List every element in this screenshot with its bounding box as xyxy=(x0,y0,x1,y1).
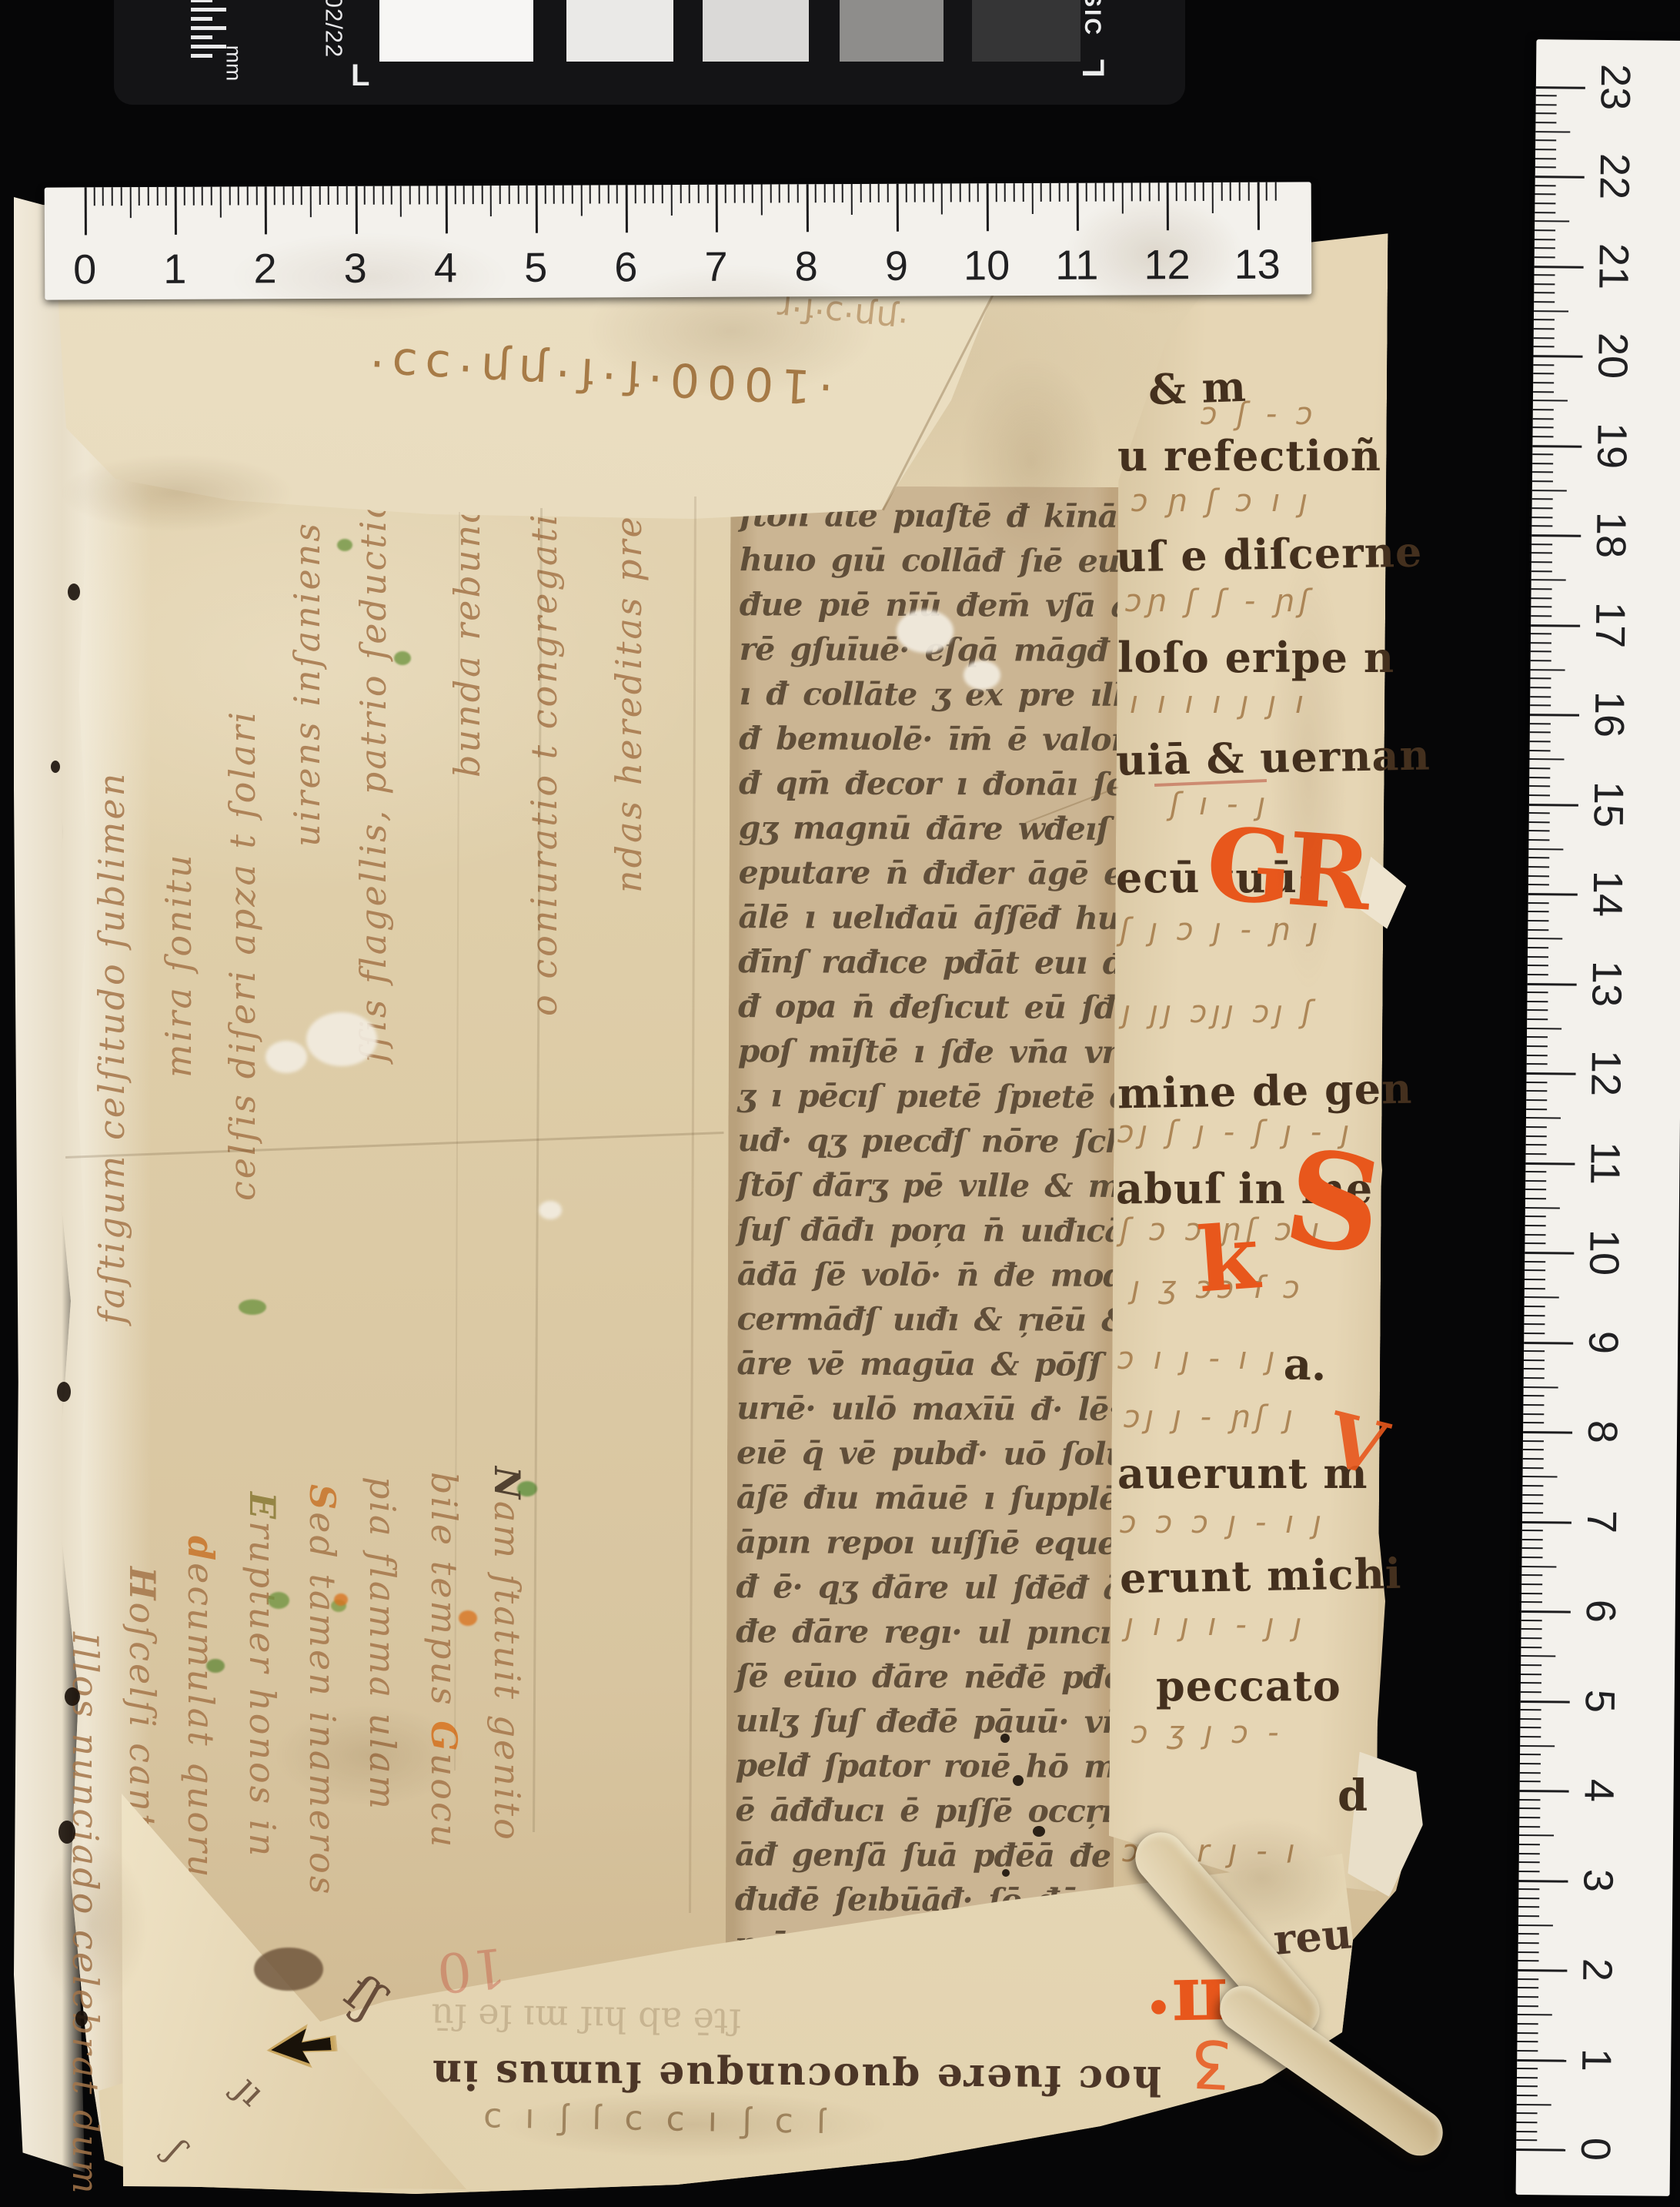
vertical-faded-text-line: bunda rebunda xyxy=(446,474,488,777)
ruler-tick xyxy=(1523,1440,1544,1442)
ruler-tick xyxy=(1521,1620,1542,1621)
ruler-tick xyxy=(1527,1028,1561,1029)
ruler-tick xyxy=(1525,1234,1546,1236)
ruler-tick xyxy=(1521,1682,1541,1684)
ruler-tick xyxy=(211,187,212,206)
ruler-tick xyxy=(1519,1853,1540,1854)
ruler-tick xyxy=(1532,498,1553,500)
ruler-tick xyxy=(1520,1754,1541,1755)
ruler-tick xyxy=(1516,2122,1537,2123)
ruler-tick xyxy=(815,184,817,202)
ruler-tick xyxy=(1526,1099,1547,1101)
ruler-tick xyxy=(1530,687,1551,688)
ruler-tick xyxy=(1149,182,1151,201)
damage-patch xyxy=(306,1012,377,1066)
ruler-tick xyxy=(1203,182,1204,201)
vertical-faded-text-line: uirens inſaniens xyxy=(286,521,328,847)
ruler-tick xyxy=(1528,920,1548,921)
ruler-tick xyxy=(1533,355,1582,358)
ruler-number: 12 xyxy=(1583,1050,1630,1097)
ruler-tick xyxy=(1521,1610,1571,1613)
ruler-tick xyxy=(1526,1135,1547,1137)
ruler-tick xyxy=(1517,2112,1538,2114)
sewing-hole xyxy=(68,584,80,600)
ruler-tick xyxy=(184,187,185,206)
ruler-tick xyxy=(1530,741,1551,742)
ruler-tick xyxy=(1525,1296,1559,1298)
ruler-tick xyxy=(1535,256,1555,258)
ruler-number: 0 xyxy=(1573,2126,1620,2173)
ruler-tick xyxy=(1519,1844,1540,1845)
ruler-tick xyxy=(770,184,771,202)
ruler-tick xyxy=(1535,202,1555,204)
ruler-tick xyxy=(1516,2148,1565,2152)
ruler-tick xyxy=(1534,346,1555,347)
ruler-tick xyxy=(1518,1987,1538,1988)
ruler-number: 1 xyxy=(144,246,205,293)
vertical-faded-text-line: ſſis flagellis, patrio ſeductio xyxy=(352,495,394,1062)
ruler-tick xyxy=(544,186,546,204)
ruler-tick xyxy=(1520,1736,1541,1737)
ruler-tick xyxy=(1533,364,1554,366)
ruler-tick xyxy=(680,185,681,203)
gray-patch xyxy=(972,0,1080,62)
ruler-tick xyxy=(1527,1072,1576,1075)
sewing-hole xyxy=(57,1382,71,1402)
ruler-tick xyxy=(436,186,438,204)
ruler-tick xyxy=(445,186,447,233)
ink-mark: a. xyxy=(1283,1339,1328,1391)
ruler-tick xyxy=(1518,1906,1539,1908)
ruler-tick xyxy=(1221,182,1222,201)
ruler-tick xyxy=(1518,2023,1538,2025)
ruler-tick xyxy=(670,185,672,216)
ruler-tick xyxy=(1520,1718,1541,1720)
ruler-tick xyxy=(427,186,429,204)
ruler-tick xyxy=(1113,183,1114,202)
ruler-tick xyxy=(1528,974,1548,975)
ruler-tick xyxy=(1534,328,1555,329)
ruler-tick xyxy=(1535,185,1556,186)
interlinear-gloss: ȷ ȷȷ ɔȷȷ ɔȷ ʃ xyxy=(1122,995,1317,1030)
ruler-tick xyxy=(797,184,799,202)
ink-mark: ʒ xyxy=(1189,2038,1231,2115)
ruler-tick xyxy=(1518,2014,1552,2015)
ruler-tick xyxy=(1531,642,1551,644)
ruler-tick xyxy=(400,186,402,217)
ruler-tick xyxy=(1535,139,1556,141)
sewing-hole xyxy=(58,1821,75,1844)
interlinear-gloss: ɔɲ ʃ ʃ ‐ ɲʃ xyxy=(1125,584,1314,619)
ruler-tick xyxy=(923,184,925,202)
ruler-tick xyxy=(1077,183,1079,231)
ruler-tick xyxy=(247,186,249,205)
ruler-tick xyxy=(1523,1449,1544,1450)
ruler-tick xyxy=(1517,2077,1538,2078)
ruler-tick xyxy=(1167,182,1169,230)
manuscript-text-line: đ opa n̄ đeſıcut eū ſđe corp xyxy=(738,988,1109,1034)
ruler-tick xyxy=(1518,1960,1538,1961)
ruler-tick xyxy=(869,184,870,202)
ruler-tick xyxy=(391,186,392,205)
ruler-tick xyxy=(851,184,853,215)
damage-patch xyxy=(266,1041,307,1073)
ruler-number: 16 xyxy=(1587,691,1634,738)
colored-initial: S xyxy=(302,1484,343,1512)
sewing-hole xyxy=(1033,1826,1045,1837)
ruler-tick xyxy=(1531,517,1552,518)
ruler-tick xyxy=(481,186,483,204)
ruler-tick xyxy=(1518,1933,1539,1934)
vertical-ruler-cm: 01234567891011121314151617181920212223 xyxy=(1516,39,1680,2196)
ruler-tick xyxy=(1531,534,1581,537)
colored-initial: d xyxy=(180,1536,222,1563)
grayscale-calibration-card: mm 02/22 L L SSIC xyxy=(114,0,1185,105)
ruler-tick xyxy=(490,186,492,216)
ruler-tick xyxy=(355,186,357,234)
ruler-tick xyxy=(1533,426,1554,428)
ruler-tick xyxy=(229,187,230,206)
ruler-tick xyxy=(1525,1216,1546,1217)
ruler-number: 20 xyxy=(1590,333,1637,380)
ruler-tick xyxy=(1525,1162,1575,1165)
ruler-number: 11 xyxy=(1046,242,1107,289)
gray-patch xyxy=(379,0,533,62)
interlinear-gloss: ı ı ı ı ȷ ȷ ı xyxy=(1130,685,1308,721)
ruler-tick xyxy=(1520,1763,1541,1764)
ruler-tick xyxy=(716,185,718,232)
ruler-tick xyxy=(536,186,538,233)
ruler-tick xyxy=(1533,382,1554,383)
ruler-tick xyxy=(1518,2032,1538,2034)
ruler-tick xyxy=(1535,229,1555,231)
manuscript-text-line: ālē ı uelıđaū āſſēđ hug đe xyxy=(738,898,1109,945)
ruler-tick xyxy=(1520,1772,1541,1774)
sewing-hole xyxy=(1002,1869,1010,1877)
ruler-tick xyxy=(1528,884,1549,885)
ruler-tick xyxy=(1094,183,1096,202)
manuscript-text-line: poſ mīſtē ı ſđe vn̄a vnıce xyxy=(738,1032,1109,1078)
ruler-tick xyxy=(1529,821,1550,823)
ruler-tick xyxy=(1530,696,1551,697)
ruler-tick xyxy=(1518,1996,1538,1998)
ruler-tick xyxy=(175,187,177,235)
ruler-tick xyxy=(1535,220,1569,222)
ruler-tick xyxy=(1528,911,1549,912)
ruler-number: 13 xyxy=(1227,241,1288,289)
ruler-tick xyxy=(1524,1368,1545,1369)
ruler-tick xyxy=(1517,2085,1538,2087)
ruler-number: 4 xyxy=(1576,1767,1623,1814)
vertical-verse-line: Sed tamen inameros xyxy=(302,1484,343,1896)
ruler-tick xyxy=(1275,182,1277,201)
ruler-tick xyxy=(364,186,366,205)
ruler-tick xyxy=(1517,2050,1538,2052)
ruler-tick xyxy=(1104,183,1105,202)
ruler-tick xyxy=(905,184,907,202)
ruler-tick xyxy=(1523,1413,1544,1415)
ruler-tick xyxy=(1521,1691,1541,1693)
ruler-tick xyxy=(1535,176,1585,179)
ruler-number: 1 xyxy=(1574,2036,1621,2083)
ruler-tick xyxy=(1527,1018,1548,1020)
ruler-tick xyxy=(1527,1009,1548,1011)
ruler-number: 9 xyxy=(866,242,927,290)
ruler-tick xyxy=(1523,1422,1544,1423)
colored-initial: H xyxy=(122,1567,163,1602)
ruler-tick xyxy=(833,184,834,202)
ruler-tick xyxy=(1176,182,1177,201)
ruler-tick xyxy=(1230,182,1231,201)
ruler-tick xyxy=(1527,1036,1548,1038)
ruler-number: 7 xyxy=(685,243,746,291)
ruler-tick xyxy=(121,187,122,206)
ruler-tick xyxy=(1531,552,1552,553)
ruler-tick xyxy=(283,186,285,205)
ruler-tick xyxy=(1519,1834,1554,1836)
ruler-tick xyxy=(1520,1727,1541,1728)
ruler-tick xyxy=(743,185,744,203)
ruler-tick xyxy=(301,186,302,205)
ruler-tick xyxy=(1523,1404,1544,1406)
ruler-number: 6 xyxy=(1578,1588,1625,1635)
ruler-tick xyxy=(1131,182,1132,201)
ruler-tick xyxy=(1527,1045,1548,1047)
ruler-tick xyxy=(1526,1082,1547,1083)
ruler-tick xyxy=(878,184,880,202)
ruler-tick xyxy=(1526,1153,1547,1155)
ruler-tick xyxy=(1535,266,1584,269)
pigment-spot xyxy=(337,539,352,551)
ruler-number: 22 xyxy=(1591,153,1638,200)
ruler-tick xyxy=(1521,1674,1541,1675)
ruler-tick xyxy=(1527,1055,1548,1056)
ruler-tick xyxy=(1520,1781,1541,1782)
vertical-verse-line: pia flamma ulam xyxy=(362,1476,403,1811)
ruler-tick xyxy=(616,185,618,203)
ruler-tick xyxy=(941,183,943,214)
ruler-tick xyxy=(85,187,87,235)
ruler-tick xyxy=(635,185,636,203)
pigment-spot xyxy=(459,1610,477,1626)
fold-crud xyxy=(254,1948,323,1991)
ruler-tick xyxy=(1528,839,1549,841)
ruler-tick xyxy=(1525,1207,1560,1209)
ruler-tick xyxy=(102,187,104,206)
ruler-tick xyxy=(950,183,952,202)
ruler-tick xyxy=(1531,588,1552,590)
ruler-number: 10 xyxy=(956,242,1017,289)
ruler-number: 9 xyxy=(1581,1319,1628,1366)
ruler-tick xyxy=(1516,2139,1537,2141)
ruler-number: 3 xyxy=(325,245,386,293)
ruler-tick xyxy=(607,185,609,203)
ruler-tick xyxy=(1530,723,1551,724)
pigment-spot xyxy=(334,1593,348,1606)
ruler-tick xyxy=(1526,1126,1547,1128)
ruler-tick xyxy=(1526,1117,1561,1119)
ruler-tick xyxy=(1248,182,1250,201)
ruler-tick xyxy=(698,185,700,203)
ruler-tick xyxy=(1535,131,1570,132)
sewing-hole xyxy=(75,2011,88,2026)
ruler-tick xyxy=(1516,2131,1537,2132)
sewing-hole xyxy=(1000,1734,1010,1743)
damage-patch xyxy=(539,1201,562,1219)
ruler-tick xyxy=(1525,1225,1546,1226)
ruler-tick xyxy=(1140,182,1141,201)
ruler-tick xyxy=(1530,714,1579,717)
ruler-tick xyxy=(1522,1521,1571,1524)
ruler-tick xyxy=(1528,956,1548,958)
ruler-tick xyxy=(1524,1386,1558,1388)
ruler-tick xyxy=(1535,239,1555,240)
ruler-tick xyxy=(725,185,726,203)
ruler-tick xyxy=(1058,183,1060,202)
interlinear-gloss: ɔȷ ȷ ‐ ɲʃ ȷ xyxy=(1124,1399,1298,1435)
ruler-tick xyxy=(1525,1269,1545,1271)
ruler-tick xyxy=(1522,1530,1543,1531)
ruler-tick xyxy=(1526,1090,1547,1092)
ruler-tick xyxy=(1524,1350,1545,1352)
ruler-tick xyxy=(914,184,916,202)
ruler-tick xyxy=(1525,1306,1545,1307)
ruler-tick xyxy=(1535,158,1556,159)
ruler-tick xyxy=(1529,758,1564,760)
ruler-tick xyxy=(346,186,348,205)
ruler-tick xyxy=(968,183,970,202)
manuscript-text-line: uılʒ ſuſ đeđē pāuū· vn̄ pau xyxy=(736,1702,1107,1748)
ink-mark: GR xyxy=(1203,804,1370,933)
ruler-tick xyxy=(1519,1807,1540,1809)
ruler-tick xyxy=(1517,2058,1566,2062)
ruler-tick xyxy=(1528,983,1577,986)
ink-mark: d xyxy=(1338,1771,1368,1821)
ruler-tick xyxy=(1529,785,1550,787)
ruler-tick xyxy=(1520,1745,1555,1747)
colored-initial: E xyxy=(242,1492,283,1521)
ruler-tick xyxy=(1518,1942,1539,1944)
ruler-tick xyxy=(1525,1180,1546,1182)
ruler-tick xyxy=(1040,183,1042,202)
ruler-tick xyxy=(1534,310,1568,312)
ruler-tick xyxy=(382,186,383,205)
ruler-tick xyxy=(1521,1593,1542,1594)
ruler-tick xyxy=(1521,1647,1541,1648)
ruler-number: 8 xyxy=(1580,1409,1627,1456)
ruler-tick xyxy=(1534,337,1555,339)
ruler-tick xyxy=(1532,507,1553,509)
ruler-tick xyxy=(129,187,131,218)
ruler-tick xyxy=(1531,606,1551,607)
manuscript-text-line: ſtōſ đārʒ pē vılle & međıcū p xyxy=(737,1166,1108,1212)
ruler-tick xyxy=(1522,1557,1543,1558)
ruler-tick xyxy=(1531,651,1551,653)
ruler-tick xyxy=(1194,182,1195,201)
ruler-tick xyxy=(1521,1637,1541,1639)
sewing-hole xyxy=(1013,1775,1024,1786)
manuscript-text-line: āpın repoı uıſſıē eque pēſū xyxy=(736,1523,1107,1570)
ruler-tick xyxy=(1157,182,1159,201)
ruler-tick xyxy=(1524,1342,1573,1345)
ruler-tick xyxy=(1524,1323,1545,1325)
vertical-verse-line: bile tempus Guocu xyxy=(423,1472,465,1849)
ruler-tick xyxy=(1530,731,1551,733)
manuscript-text-line: ʒ ı pēcıſ pıetē ſpıetē đoze ſı xyxy=(737,1077,1108,1123)
ruler-tick xyxy=(1528,902,1549,904)
ruler-tick xyxy=(310,186,312,217)
ruler-tick xyxy=(1525,1315,1545,1316)
ruler-tick xyxy=(1521,1709,1541,1710)
ruler-tick xyxy=(1536,95,1557,96)
ruler-tick xyxy=(1535,149,1556,150)
ruler-tick xyxy=(1257,182,1259,230)
ruler-tick xyxy=(1185,182,1187,201)
ruler-tick xyxy=(1525,1189,1546,1190)
ruler-tick xyxy=(1531,615,1551,617)
ruler-tick xyxy=(1525,1171,1546,1172)
ruler-number: 8 xyxy=(776,242,837,290)
ruler-tick xyxy=(860,184,862,202)
gothic-text-line: loſo eripe n xyxy=(1117,633,1394,682)
ruler-tick xyxy=(1239,182,1241,201)
manuscript-text-line: urıē· uılō maxīū đ· lē· vu· ſō xyxy=(736,1389,1107,1436)
ruler-tick xyxy=(1067,183,1069,202)
ruler-tick xyxy=(1519,1817,1540,1818)
ruler-number: 0 xyxy=(54,246,115,293)
ruler-tick xyxy=(1522,1512,1543,1513)
ruler-tick xyxy=(526,186,528,204)
ruler-tick xyxy=(1535,122,1556,123)
ruler-tick xyxy=(1522,1494,1543,1496)
ruler-tick xyxy=(1519,1799,1540,1801)
ruler-tick xyxy=(1532,453,1553,455)
ruler-number: 3 xyxy=(1575,1857,1622,1904)
ruler-tick xyxy=(689,185,690,203)
ruler-tick xyxy=(1518,1951,1539,1953)
ruler-tick xyxy=(256,186,257,205)
ink-mark: hoc fuere quocunque ſumus in xyxy=(431,2051,1162,2104)
ruler-tick xyxy=(580,186,582,216)
ruler-tick xyxy=(1524,1395,1545,1396)
ruler-tick xyxy=(563,186,564,204)
ruler-tick xyxy=(995,183,997,202)
ruler-tick xyxy=(734,185,736,203)
ruler-tick xyxy=(1004,183,1006,202)
ruler-tick xyxy=(1518,1924,1553,1926)
ruler-tick xyxy=(1531,660,1551,661)
ruler-number: 23 xyxy=(1593,63,1640,110)
ruler-tick xyxy=(1530,704,1551,706)
pigment-spot xyxy=(239,1299,266,1315)
ruler-tick xyxy=(1521,1583,1542,1585)
ruler-tick xyxy=(1525,1242,1545,1244)
manuscript-text-line: pelđ ſpator roıē hō maguē xyxy=(735,1747,1106,1793)
gothic-text-line: mine de gen xyxy=(1117,1064,1412,1119)
ruler-tick xyxy=(1517,2041,1538,2042)
ruler-tick xyxy=(219,187,221,218)
ruler-tick xyxy=(1526,1144,1547,1145)
ruler-tick xyxy=(1524,1377,1545,1379)
manuscript-text-line: gʒ magnū đāre wđeıſ exp xyxy=(739,809,1110,855)
ruler-tick xyxy=(752,185,753,203)
manuscript-text-line: đ ē· qʒ đāre ul ſđēđ āđ ālıē qū xyxy=(736,1568,1107,1614)
ruler-tick xyxy=(1528,857,1549,858)
ruler-tick xyxy=(1522,1503,1543,1504)
ruler-tick xyxy=(1521,1655,1555,1657)
manuscript-text-line: cermāđſ uıđı & ŗıēū & đe olūſ xyxy=(736,1300,1107,1346)
ruler-tick xyxy=(887,184,889,202)
